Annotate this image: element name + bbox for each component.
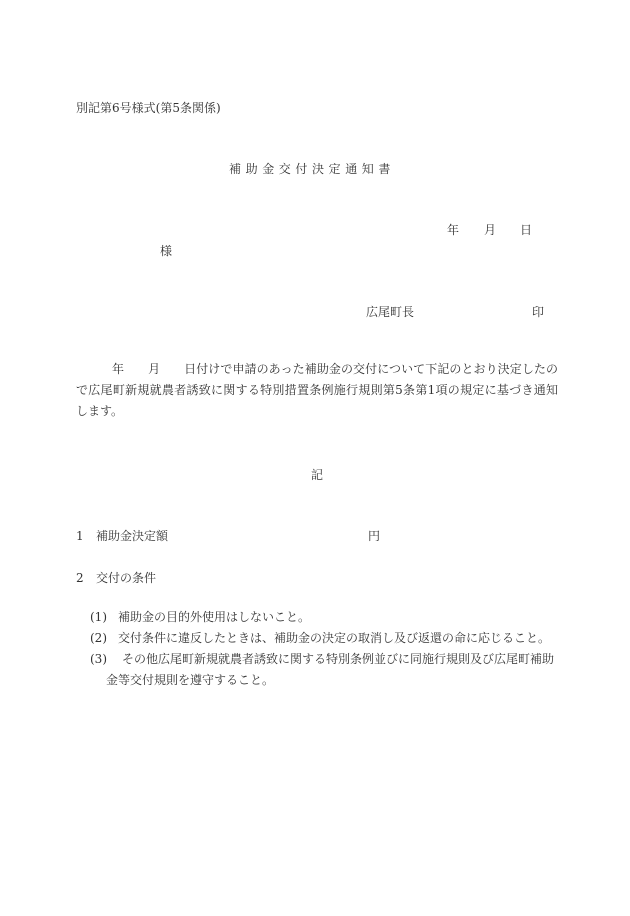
date-month-label: 月 — [484, 222, 496, 238]
ki-heading: 記 — [311, 467, 323, 483]
recipient-honorific: 様 — [160, 243, 172, 259]
body-year-label: 年 — [112, 362, 124, 376]
date-year-label: 年 — [447, 222, 459, 238]
condition-text: 交付条件に違反したときは、補助金の決定の取消し及び返還の命に応じること。 — [118, 631, 550, 645]
issuer-title: 広尾町長 — [366, 304, 414, 320]
condition-number: (3) — [90, 649, 118, 670]
condition-text: その他広尾町新規就農者誘致に関する特別条例並びに同施行規則及び広尾町補助 — [122, 652, 554, 666]
condition-text: 補助金の目的外使用はしないこと。 — [118, 610, 310, 624]
condition-number: (1) — [90, 607, 118, 628]
document-title: 補助金交付決定通知書 — [229, 161, 395, 177]
body-month-label: 月 — [148, 362, 160, 376]
document-page: 別記第6号様式(第5条関係) 補助金交付決定通知書 年 月 日 様 広尾町長 印… — [0, 0, 630, 916]
form-id: 別記第6号様式(第5条関係) — [76, 100, 221, 116]
item-label-conditions: 交付の条件 — [96, 570, 156, 586]
condition-text-continuation: 金等交付規則を遵守すること。 — [106, 670, 274, 691]
condition-item: (2)交付条件に違反したときは、補助金の決定の取消し及び返還の命に応じること。 — [90, 628, 560, 649]
condition-number: (2) — [90, 628, 118, 649]
condition-item: (1)補助金の目的外使用はしないこと。 — [90, 607, 560, 628]
item-number: 1 — [76, 528, 84, 544]
date-day-label: 日 — [520, 222, 532, 238]
item-label-subsidy-amount: 補助金決定額 — [96, 528, 168, 544]
condition-item: (3)その他広尾町新規就農者誘致に関する特別条例並びに同施行規則及び広尾町補助 — [90, 649, 560, 670]
item-number: 2 — [76, 570, 84, 586]
yen-unit: 円 — [368, 528, 380, 544]
body-paragraph: 年月日付けで申請のあった補助金の交付について下記のとおり決定したので広尾町新規就… — [76, 359, 558, 422]
seal-mark: 印 — [532, 304, 544, 320]
